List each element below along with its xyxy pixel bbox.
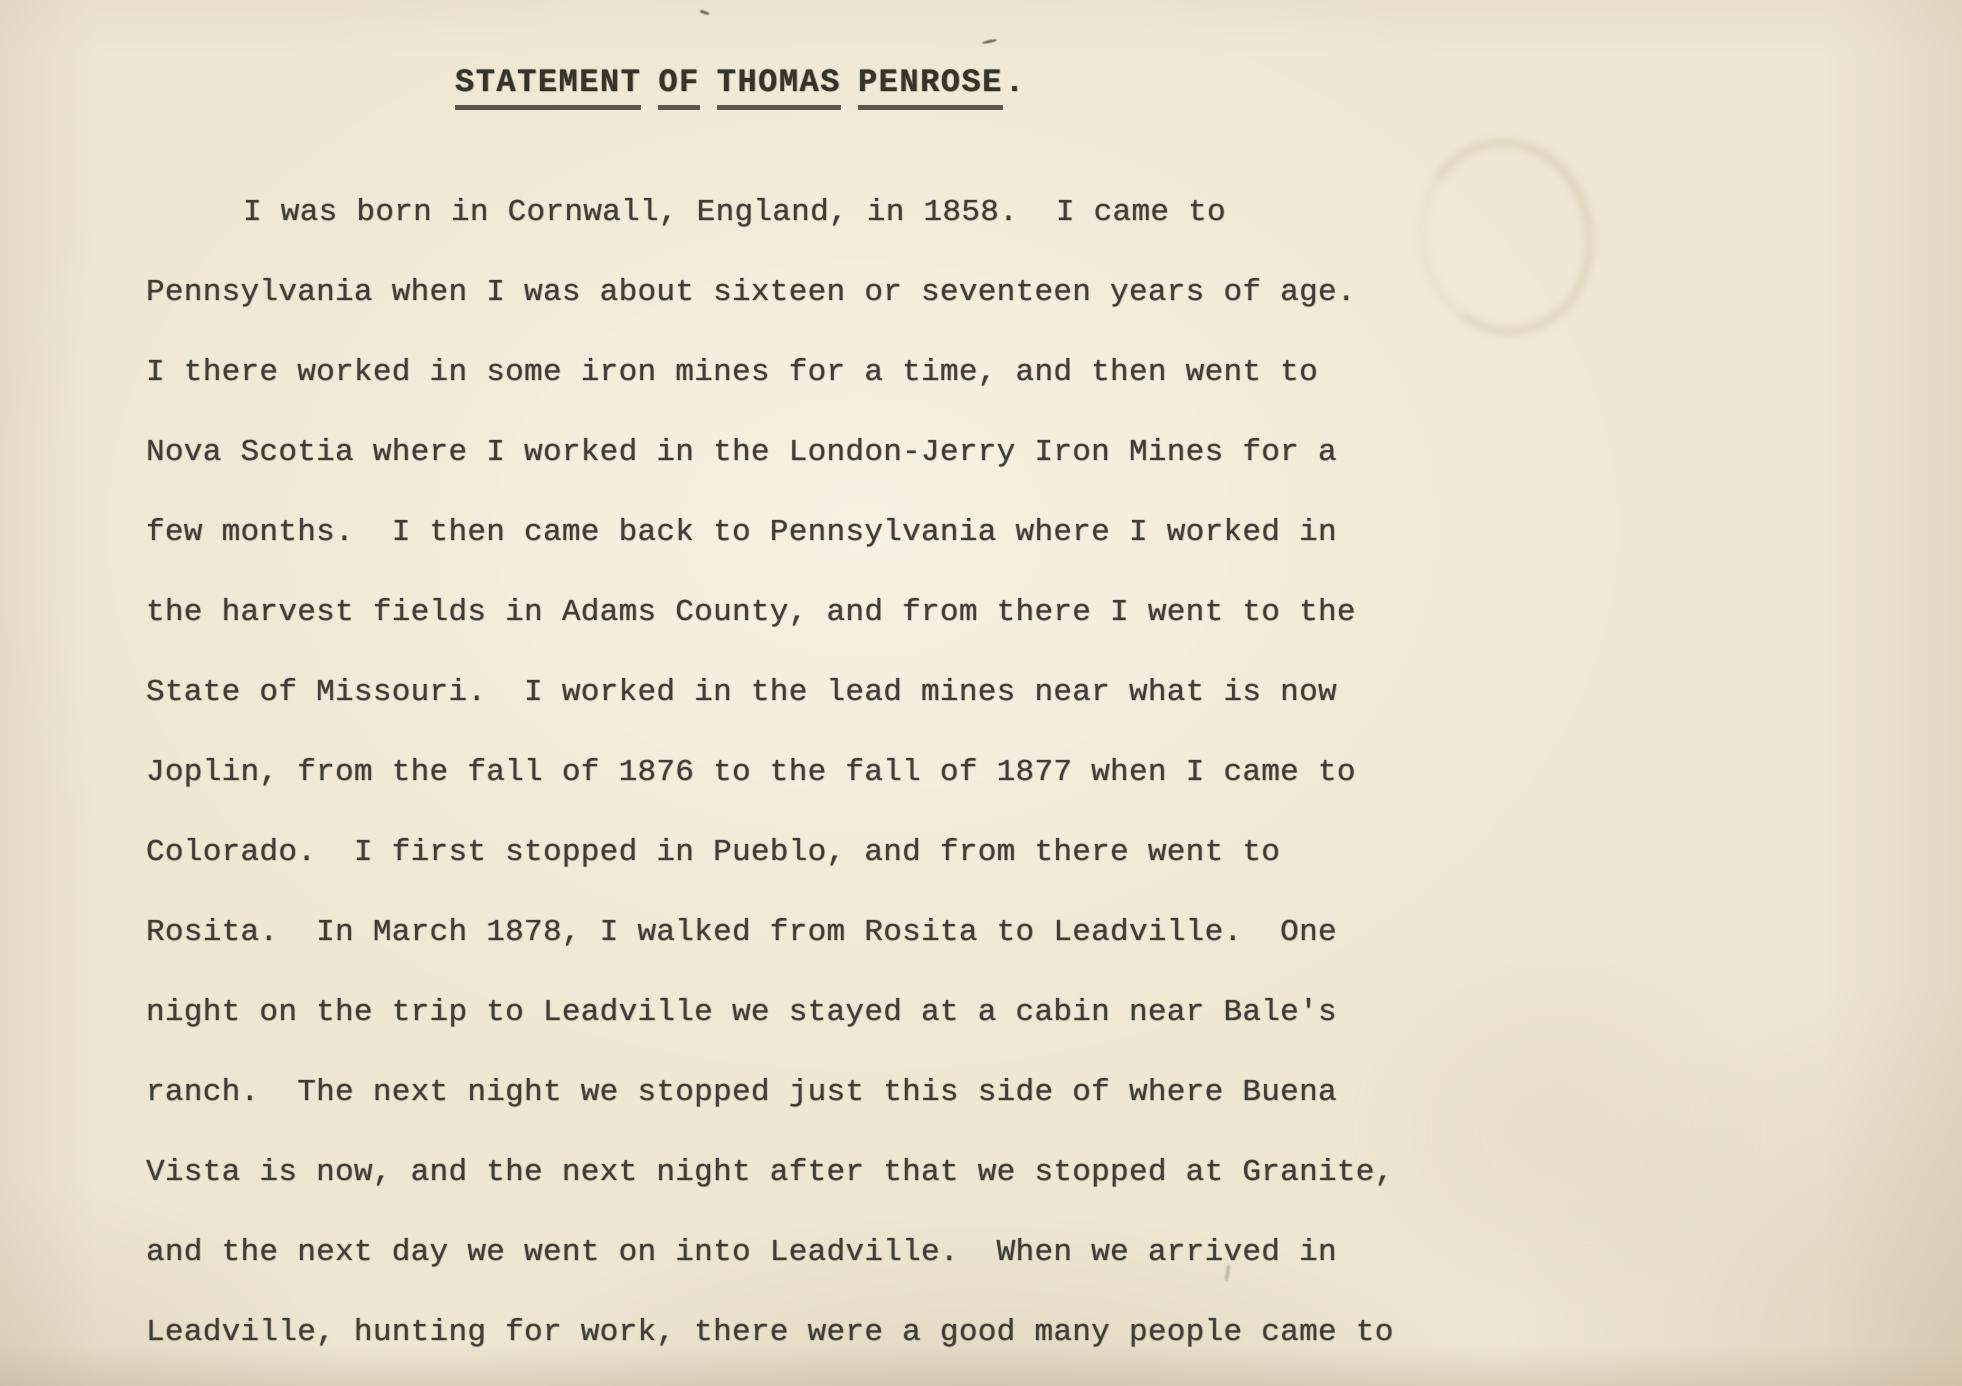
page-title: STATEMENTOFTHOMASPENROSE. bbox=[455, 64, 1026, 110]
text-line: Vista is now, and the next night after t… bbox=[146, 1133, 1846, 1213]
text-line: few months. I then came back to Pennsylv… bbox=[146, 493, 1846, 573]
title-period: . bbox=[1005, 64, 1026, 101]
typewritten-document-page: STATEMENTOFTHOMASPENROSE. I was born in … bbox=[0, 0, 1962, 1386]
text-line: ranch. The next night we stopped just th… bbox=[146, 1053, 1846, 1133]
ink-speck bbox=[982, 38, 997, 44]
title-word: PENROSE bbox=[858, 64, 1003, 110]
text-line: Leadville, hunting for work, there were … bbox=[146, 1293, 1846, 1373]
text-line: I there worked in some iron mines for a … bbox=[146, 333, 1846, 413]
title-word: OF bbox=[658, 64, 699, 110]
text-line: Rosita. In March 1878, I walked from Ros… bbox=[146, 893, 1846, 973]
text-line: and the next day we went on into Leadvil… bbox=[146, 1213, 1846, 1293]
text-line: State of Missouri. I worked in the lead … bbox=[146, 653, 1846, 733]
text-line: I was born in Cornwall, England, in 1858… bbox=[146, 173, 1846, 253]
title-word: STATEMENT bbox=[455, 64, 641, 110]
text-line: Joplin, from the fall of 1876 to the fal… bbox=[146, 733, 1846, 813]
text-line: Colorado. I first stopped in Pueblo, and… bbox=[146, 813, 1846, 893]
text-line: Nova Scotia where I worked in the London… bbox=[146, 413, 1846, 493]
ink-speck bbox=[700, 10, 709, 16]
title-word: THOMAS bbox=[717, 64, 841, 110]
text-line: Pennsylvania when I was about sixteen or… bbox=[146, 253, 1846, 333]
text-line: the harvest fields in Adams County, and … bbox=[146, 573, 1846, 653]
text-line: night on the trip to Leadville we stayed… bbox=[146, 973, 1846, 1053]
statement-body: I was born in Cornwall, England, in 1858… bbox=[146, 173, 1846, 1373]
